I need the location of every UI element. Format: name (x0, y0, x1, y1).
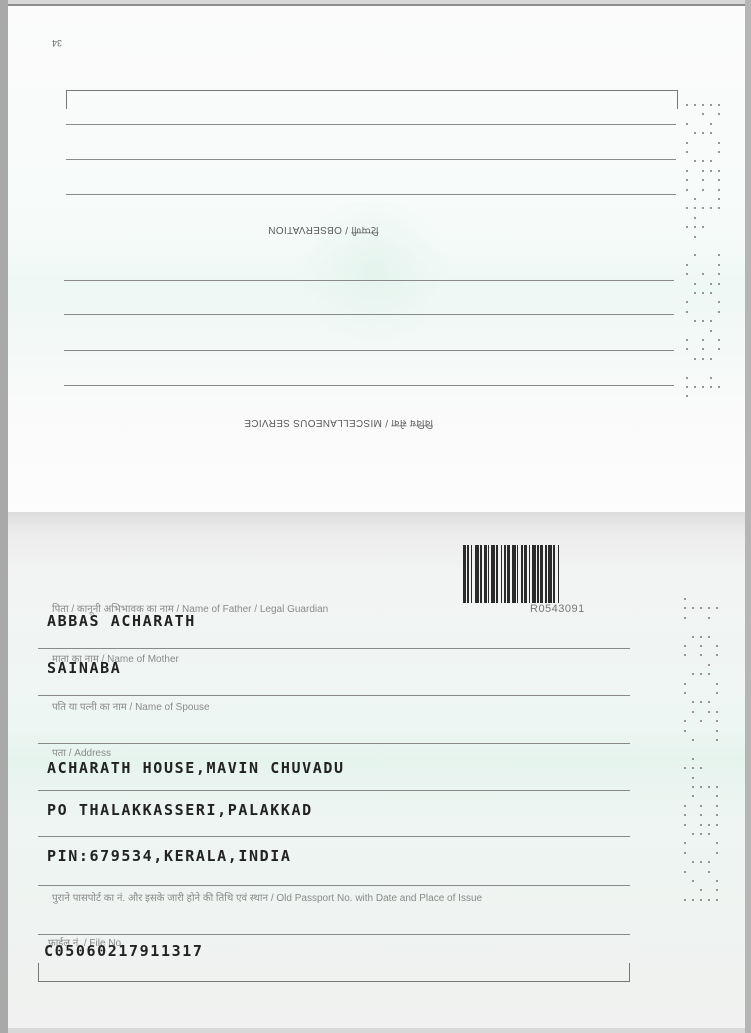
old-passport-label: पुराने पासपोर्ट का नं. और इसके जारी होने… (52, 890, 482, 904)
perforation-number-bottom (684, 598, 724, 928)
address-label: पता / Address (52, 745, 111, 759)
misc-service-heading: विविध सेवा / MISCELLANEOUS SERVICE (244, 417, 433, 431)
rule-line (64, 350, 674, 351)
observation-heading: टिप्पणी / OBSERVATION (268, 224, 379, 238)
address-line-1: ACHARATH HOUSE,MAVIN CHUVADU (47, 759, 345, 777)
rule-line (38, 836, 630, 837)
top-page (8, 4, 746, 514)
page-number: 34 (52, 38, 62, 48)
barcode-number: R0543091 (530, 603, 585, 615)
rule-line (38, 934, 630, 935)
rule-line (38, 695, 630, 696)
rule-line (64, 385, 674, 386)
scan-edge-left (0, 0, 8, 1033)
file-no-value: C05060217911317 (44, 942, 203, 960)
rule-line (38, 648, 630, 649)
rule-line (64, 314, 674, 315)
rule-line (66, 124, 676, 125)
observation-frame (66, 90, 678, 109)
spouse-name-label: पति या पत्नी का नाम / Name of Spouse (52, 699, 210, 713)
emblem-watermark (288, 201, 458, 341)
perforation-number-top (686, 104, 726, 434)
rule-line (38, 885, 630, 886)
rule-line (66, 159, 676, 160)
mother-name-value: SAINABA (47, 659, 121, 677)
rule-line (66, 194, 676, 195)
father-name-value: ABBAS ACHARATH (47, 612, 196, 630)
rule-line (38, 790, 630, 791)
address-line-2: PO THALAKKASSERI,PALAKKAD (47, 801, 313, 819)
scan-edge-right (745, 0, 751, 1033)
address-line-3: PIN:679534,KERALA,INDIA (47, 847, 292, 865)
rule-line (38, 743, 630, 744)
barcode (463, 545, 671, 603)
rule-line (64, 280, 674, 281)
file-no-frame (38, 963, 630, 982)
